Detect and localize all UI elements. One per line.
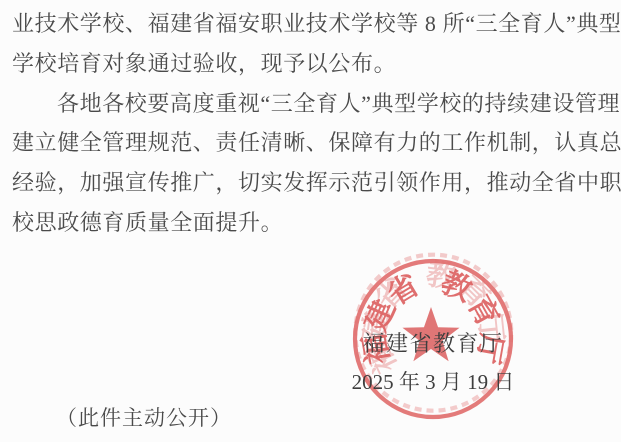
body-line: 经验，加强宣传推广，切实发挥示范引领作用，推动全省中职学 (12, 163, 612, 203)
signature-agency: 福建省教育厅 (353, 327, 513, 358)
disclosure-note: （此件主动公开） (56, 402, 232, 432)
document-body: 业技术学校、福建省福安职业技术学校等 8 所“三全育人”典型 学校培育对象通过验… (12, 4, 612, 243)
signature-date: 2025 年 3 月 19 日 (347, 366, 519, 396)
body-line: 业技术学校、福建省福安职业技术学校等 8 所“三全育人”典型 (12, 4, 612, 44)
body-line: 校思政德育质量全面提升。 (12, 203, 612, 243)
document-page: 业技术学校、福建省福安职业技术学校等 8 所“三全育人”典型 学校培育对象通过验… (0, 0, 621, 442)
body-line: 建立健全管理规范、责任清晰、保障有力的工作机制，认真总结 (12, 123, 612, 163)
body-line: 各地各校要高度重视“三全育人”典型学校的持续建设管理， (12, 84, 612, 124)
body-line: 学校培育对象通过验收，现予以公布。 (12, 44, 612, 84)
